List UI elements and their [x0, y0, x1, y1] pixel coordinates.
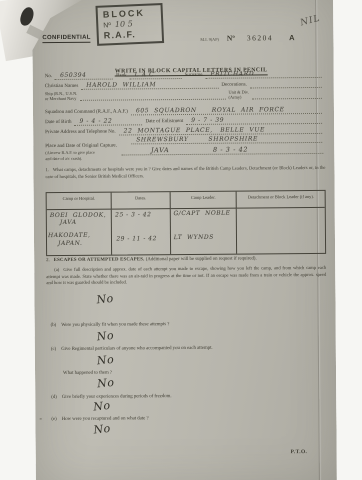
- capture-label-line3: and date of a/c crash).: [45, 155, 117, 161]
- stamp-handwritten-number: 10 5: [115, 19, 133, 29]
- camp-table-header-dates: Dates.: [112, 192, 171, 209]
- pencil-margin-mark: -: [39, 414, 42, 423]
- rank-line: L A C: [130, 71, 182, 79]
- serial-suffix: A: [289, 33, 294, 42]
- question-2a: (a)Give full description and approx. dat…: [46, 265, 326, 287]
- camp-row2-name2: JAPAN.: [58, 240, 82, 247]
- question-2a-text: Give full description and approx. date o…: [46, 265, 326, 285]
- ship-line: [80, 92, 225, 101]
- camp-table-header-detachment: Detachment or Block Leader (if any).: [237, 191, 325, 209]
- christian-names-line: HAROLD WILLIAM: [81, 81, 218, 90]
- camp-table-cell-detachment: [237, 208, 325, 254]
- unit-label: Unit & Div. (Army): [228, 89, 248, 99]
- unit-line: [252, 91, 322, 100]
- pencil-nil-note: NIL: [299, 14, 321, 29]
- answer-2d: No: [93, 399, 111, 414]
- dob-line: 9 - 4 - 22: [74, 117, 142, 126]
- ship-label-line2: or Merchant Navy: [45, 96, 78, 101]
- form-reference-row: M.I. 9(AP) Nº 36204 A: [200, 33, 294, 43]
- question-2-heading: 2.ESCAPES OR ATTEMPTED ESCAPES. (Additio…: [46, 256, 326, 263]
- question-1-number: 1.: [45, 167, 48, 172]
- camp-row1-dates: 25 - 3 - 42: [115, 211, 151, 218]
- question-2c-label: (c): [51, 347, 56, 352]
- capture-label: Place and Date of Original Capture. (Air…: [45, 144, 117, 161]
- document-photo: CONFIDENTIAL BLOCK Nº10 5 R.A.F. M.I. 9(…: [0, 0, 362, 480]
- stamp-no-label: Nº: [103, 22, 111, 29]
- christian-names-label: Christian Names: [45, 84, 79, 90]
- surname-label: Surname: [185, 73, 203, 79]
- camp-table: Camp or Hospital. Dates. Camp Leader. De…: [46, 190, 326, 256]
- answer-2c: No: [96, 353, 114, 368]
- ship-label: Ship (R.N., U.S.N. or Merchant Navy: [45, 91, 78, 102]
- question-2e: (e)How were you recaptured and on what d…: [51, 415, 327, 422]
- question-2e-label: (e): [51, 417, 56, 422]
- question-2d: (d)Give briefly your experiences during …: [51, 393, 327, 400]
- capture-date-value: 8 - 3 - 42: [213, 145, 248, 153]
- row-capture: Place and Date of Original Capture. (Air…: [45, 142, 325, 161]
- camp-table-cell-leaders: G/CAPT NOBLE LT WYNDS: [170, 209, 237, 255]
- question-2c-text: Give Regimental particulars of anyone wh…: [61, 346, 212, 352]
- service-no-label: No.: [45, 74, 52, 80]
- enlistment-label: Date of Enlistment: [145, 119, 183, 125]
- pow-liberation-form: CONFIDENTIAL BLOCK Nº10 5 R.A.F. M.I. 9(…: [32, 0, 337, 480]
- answer-2b: No: [96, 329, 114, 344]
- enlistment-value: 9 - 7 - 39: [191, 116, 224, 123]
- camp-row1-name2: JAVA: [60, 219, 77, 226]
- camp-table-header-leader: Camp Leader.: [170, 192, 237, 210]
- question-2b: (b)Were you physically fit when you made…: [51, 321, 327, 328]
- stamp-raf-text: R.A.F.: [104, 28, 158, 40]
- enlistment-line: 9 - 7 - 39: [186, 116, 322, 125]
- mi9-reference: M.I. 9(AP): [200, 37, 219, 42]
- camp-row1-name: BOEI GLODOK,: [50, 212, 106, 219]
- serial-no-label: Nº: [227, 34, 235, 43]
- camp-table-cell-camps: BOEI GLODOK, JAVA HAKODATE, JAPAN.: [47, 210, 113, 256]
- answer-2e: No: [93, 422, 111, 437]
- row-dob-enlistment: Date of Birth 9 - 4 - 22 Date of Enlistm…: [45, 116, 325, 126]
- question-2b-text: Were you physically fit when you made th…: [61, 322, 169, 328]
- block-raf-stamp: BLOCK Nº10 5 R.A.F.: [95, 3, 164, 46]
- address-label: Private Address and Telephone No.: [45, 130, 116, 137]
- question-2-number: 2.: [46, 258, 50, 263]
- address-line: 22 MONTAGUE PLACE, BELLE VUE: [119, 126, 323, 136]
- question-2b-label: (b): [51, 323, 57, 328]
- question-2a-label: (a): [54, 267, 59, 272]
- decorations-label: Decorations.: [221, 83, 246, 89]
- squadron-label: Squadron and Command (R.A.F., A.A.F.): [45, 109, 128, 116]
- camp-row2-leader: LT WYNDS: [174, 234, 214, 241]
- capture-place-value: JAVA: [151, 146, 169, 154]
- question-2-note: (Additional paper will be supplied on re…: [146, 256, 257, 262]
- question-2c2: What happened to them ?: [63, 369, 327, 376]
- question-2d-text: Give briefly your experiences during per…: [62, 394, 172, 400]
- question-2c: (c)Give Regimental particulars of anyone…: [51, 345, 327, 352]
- camp-row1-leader: G/CAPT NOBLE: [173, 210, 230, 217]
- service-no-value: 650394: [60, 72, 87, 79]
- christian-names-value: HAROLD WILLIAM: [86, 81, 156, 89]
- rank-value: L A C: [135, 71, 155, 78]
- dob-label: Date of Birth: [45, 120, 71, 126]
- surname-line: PRITCHARD: [205, 70, 321, 79]
- answer-2a: No: [96, 292, 114, 307]
- address-value: 22 MONTAGUE PLACE, BELLE VUE: [124, 126, 265, 134]
- row-number-rank-surname: No. 650394 Rank L A C Surname PRITCHARD: [45, 70, 325, 80]
- surname-value: PRITCHARD: [210, 70, 254, 78]
- capture-line: JAVA 8 - 3 - 42: [121, 144, 323, 156]
- answer-2c2: No: [97, 376, 115, 391]
- question-1: 1.What camps, detachments or hospitals w…: [45, 165, 325, 180]
- serial-number: 36204: [247, 33, 273, 42]
- decorations-line: [250, 80, 322, 89]
- squadron-value: 605 SQUADRON ROYAL AIR FORCE: [136, 106, 285, 114]
- question-2-title: ESCAPES OR ATTEMPTED ESCAPES.: [54, 257, 145, 263]
- row-squadron: Squadron and Command (R.A.F., A.A.F.) 60…: [45, 106, 325, 116]
- service-no-line: 650394: [55, 72, 113, 80]
- please-turn-over: P.T.O.: [291, 449, 308, 455]
- rank-label: Rank: [116, 73, 127, 79]
- camp-row2-name: HAKODATE,: [48, 232, 90, 239]
- camp-row2-dates: 29 - 11 - 42: [116, 235, 157, 242]
- question-2e-text: How were you recaptured and on what date…: [62, 416, 149, 422]
- row-ship-unit: Ship (R.N., U.S.N. or Merchant Navy Unit…: [45, 89, 325, 102]
- camp-table-cell-dates: 25 - 3 - 42 29 - 11 - 42: [112, 209, 171, 254]
- confidential-label: CONFIDENTIAL: [42, 35, 90, 43]
- question-2d-label: (d): [51, 395, 57, 400]
- dob-value: 9 - 4 - 22: [79, 117, 112, 124]
- question-1-text: What camps, detachments or hospitals wer…: [45, 165, 325, 179]
- question-2c2-text: What happened to them ?: [63, 371, 112, 376]
- camp-table-header-camp: Camp or Hospital.: [47, 193, 112, 211]
- unit-label-line2: (Army): [228, 95, 248, 100]
- squadron-line: 605 SQUADRON ROYAL AIR FORCE: [131, 106, 322, 116]
